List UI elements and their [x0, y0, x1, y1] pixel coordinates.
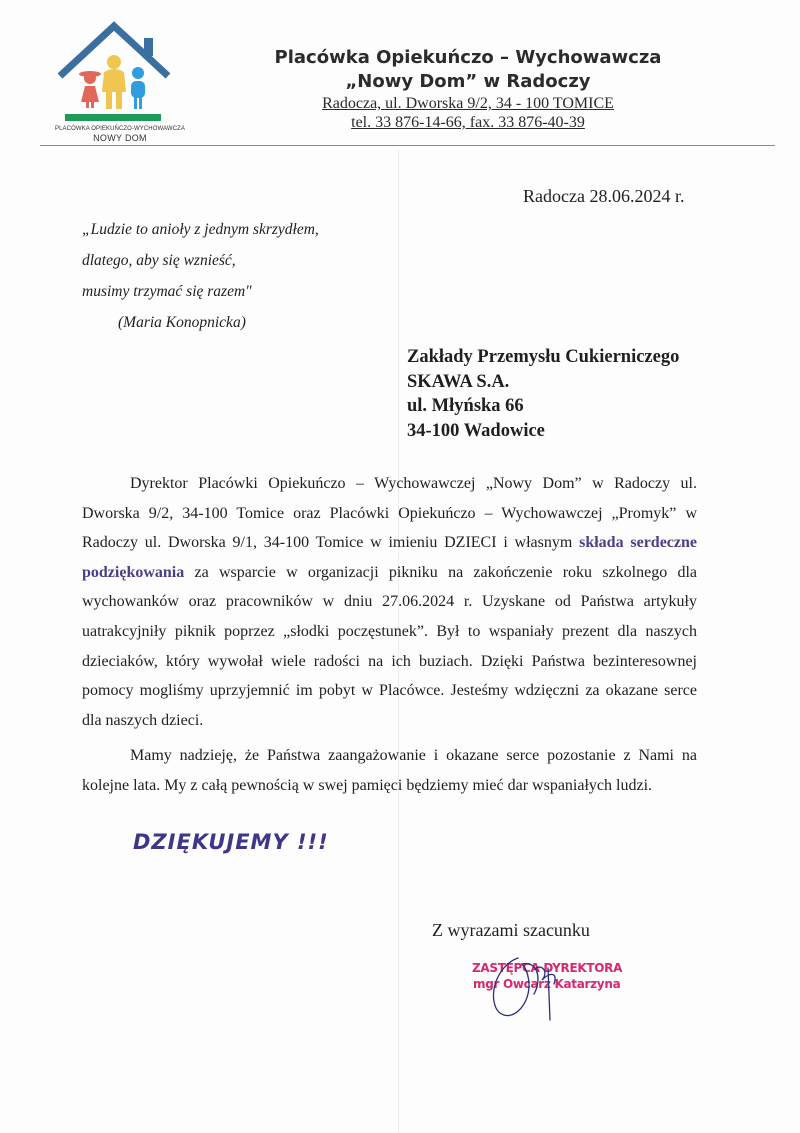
- closing-salutation: Z wyrazami szacunku: [432, 920, 590, 941]
- recipient-line: Zakłady Przemysłu Cukierniczego: [407, 345, 679, 370]
- house-family-logo-icon: [52, 16, 182, 124]
- quote-line: musimy trzymać się razem": [82, 282, 319, 313]
- logo-caption: PLACÓWKA OPIEKUŃCZO-WYCHOWAWCZA: [40, 126, 200, 132]
- logo-name: NOWY DOM: [40, 133, 200, 143]
- body-paragraph: Mamy nadzieję, że Państwa zaangażowanie …: [82, 741, 697, 800]
- header-divider: [40, 145, 775, 146]
- organization-title: Placówka Opiekuńczo – Wychowawcza: [268, 46, 668, 70]
- organization-logo: PLACÓWKA OPIEKUŃCZO-WYCHOWAWCZA NOWY DOM: [40, 10, 190, 145]
- thank-you-banner: DZIĘKUJEMY !!!: [133, 830, 329, 854]
- paragraph-text: za wsparcie w organizacji pikniku na zak…: [82, 564, 697, 729]
- letter-body: Dyrektor Placówki Opiekuńczo – Wychowawc…: [82, 469, 697, 801]
- organization-address: Radocza, ul. Dworska 9/2, 34 - 100 TOMIC…: [268, 94, 668, 113]
- organization-contact: tel. 33 876-14-66, fax. 33 876-40-39: [268, 113, 668, 132]
- quote-line: „Ludzie to anioły z jednym skrzydłem,: [82, 220, 319, 251]
- body-paragraph: Dyrektor Placówki Opiekuńczo – Wychowawc…: [82, 469, 697, 735]
- organization-subtitle: „Nowy Dom” w Radoczy: [268, 70, 668, 94]
- recipient-address: Zakłady Przemysłu Cukierniczego SKAWA S.…: [407, 345, 679, 443]
- epigraph-quote: „Ludzie to anioły z jednym skrzydłem, dl…: [82, 220, 319, 344]
- letter-date: Radocza 28.06.2024 r.: [523, 186, 684, 207]
- recipient-line: ul. Młyńska 66: [407, 394, 679, 419]
- quote-author: (Maria Konopnicka): [82, 313, 319, 344]
- letterhead: Placówka Opiekuńczo – Wychowawcza „Nowy …: [268, 46, 668, 132]
- quote-line: dlatego, aby się wznieść,: [82, 251, 319, 282]
- recipient-line: 34-100 Wadowice: [407, 419, 679, 444]
- handwritten-signature-icon: [478, 950, 588, 1025]
- recipient-line: SKAWA S.A.: [407, 370, 679, 395]
